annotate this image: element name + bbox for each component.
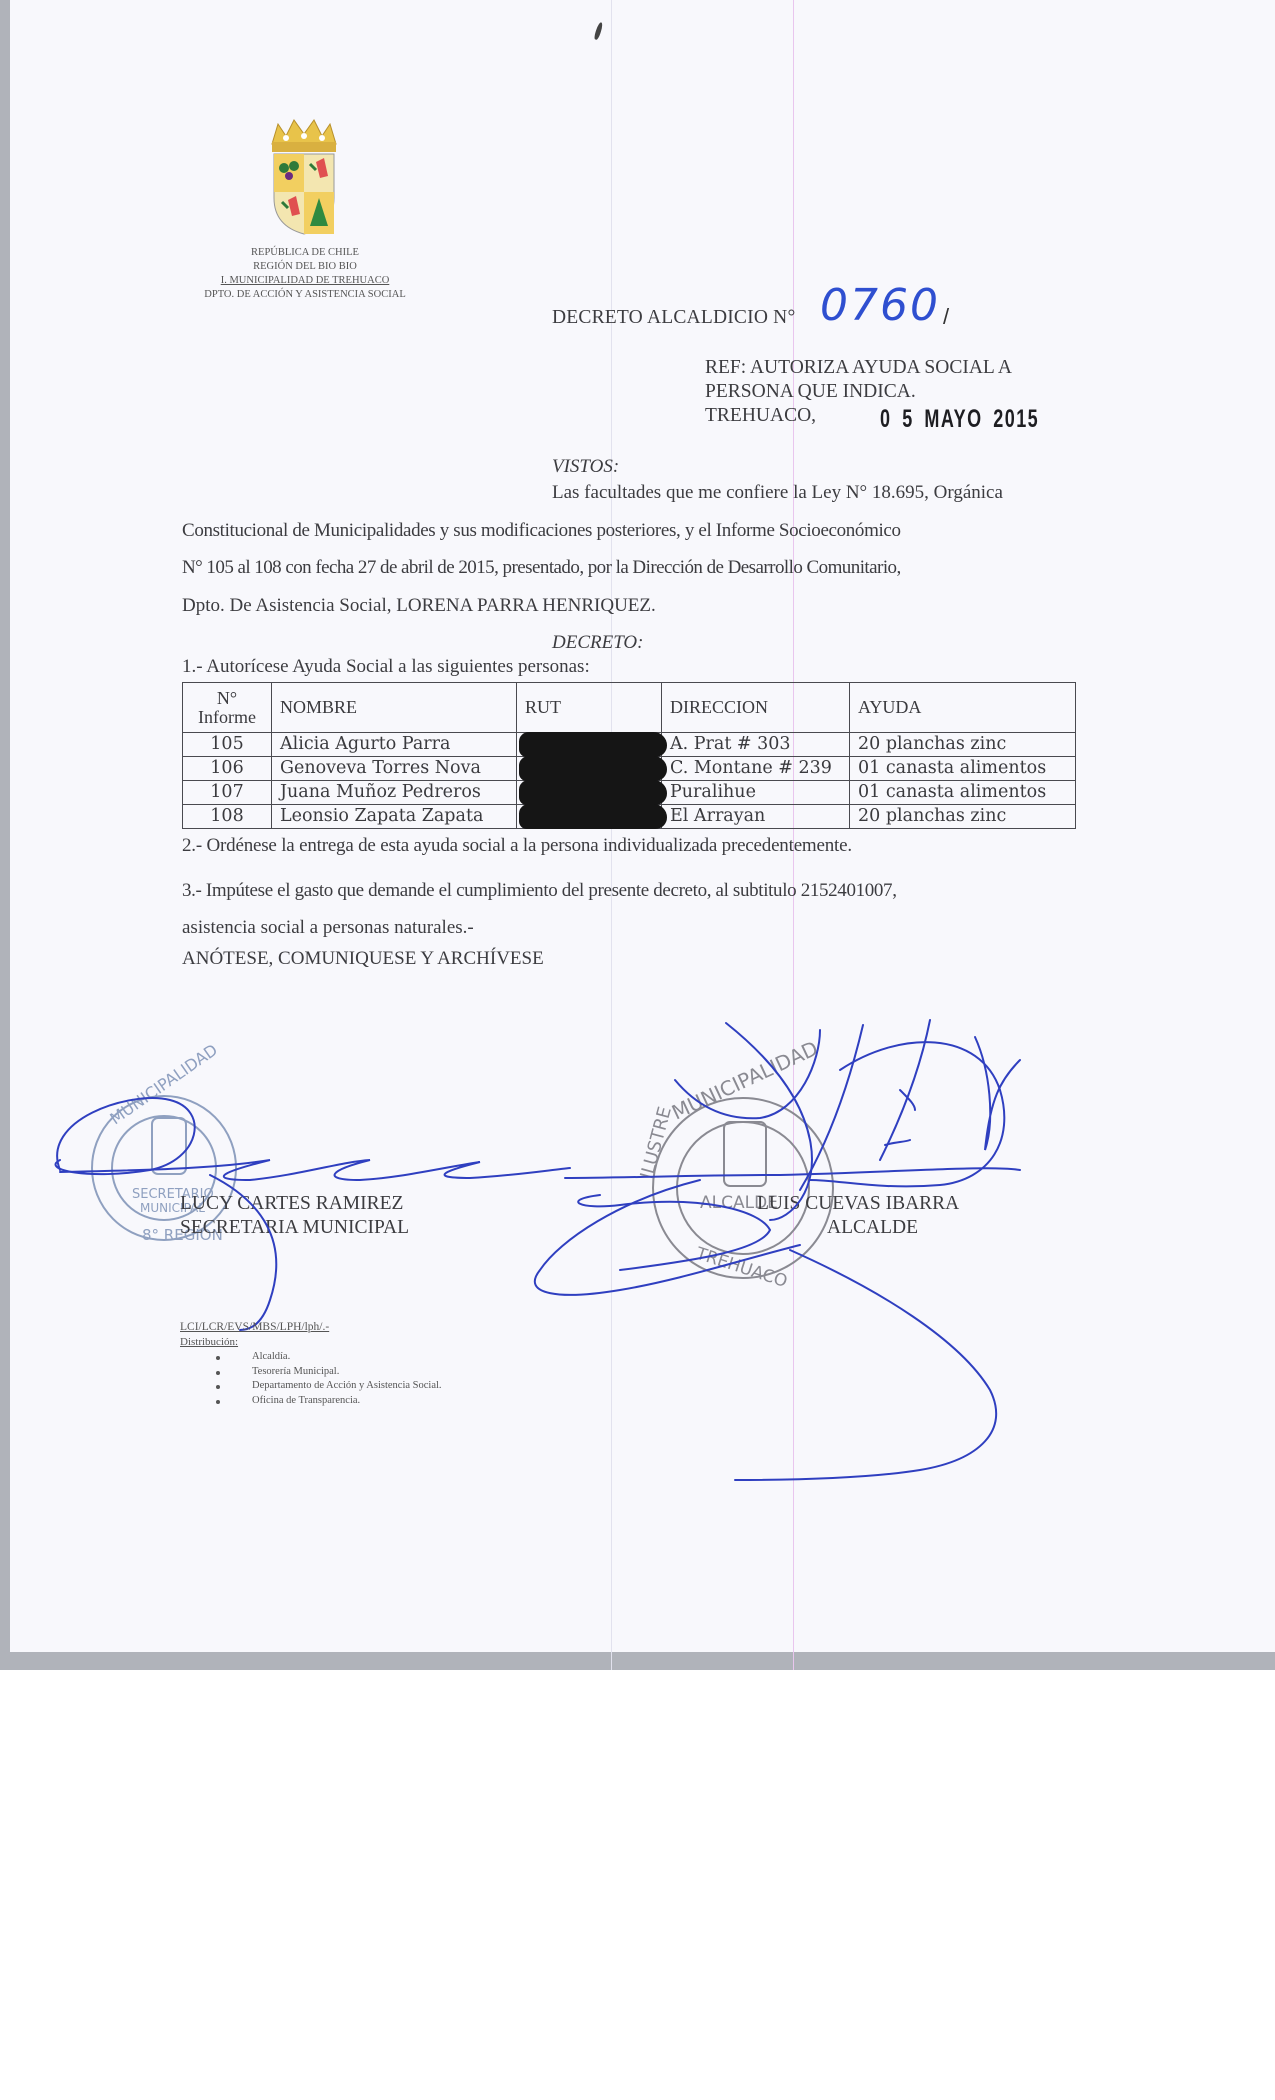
decree-title: DECRETO ALCALDICIO N° [552,307,795,329]
list-item: Tesorería Municipal. [252,1365,442,1380]
list-item: Departamento de Acción y Asistencia Soci… [252,1379,442,1394]
redaction-marker [519,780,667,805]
decreto-item-3-continued: asistencia social a personas naturales.- [182,917,474,939]
date-stamp: 0 5 MAYO 2015 [880,405,1039,434]
aid-recipients-table: N° Informe NOMBRE RUT DIRECCION AYUDA 10… [182,682,1076,829]
redaction-marker [519,804,667,829]
cell-rut-redacted [517,805,662,829]
column-header-ayuda: AYUDA [850,683,1076,733]
closing-formula: ANÓTESE, COMUNIQUESE Y ARCHÍVESE [182,948,544,970]
decreto-item-2: 2.- Ordénese la entrega de esta ayuda so… [182,835,852,857]
reference-line: PERSONA QUE INDICA. [705,380,1012,404]
table-row: 107 Juana Muñoz Pedreros Puralihue 01 ca… [183,781,1076,805]
column-header-nombre: NOMBRE [272,683,517,733]
cell-informe: 106 [183,757,272,781]
header-text: N° [185,689,269,708]
letterhead-municipality: I. MUNICIPALIDAD DE TREHUACO [150,274,460,288]
cell-informe: 107 [183,781,272,805]
letterhead-country: REPÚBLICA DE CHILE [150,246,460,260]
decreto-item-3: 3.- Impútese el gasto que demande el cum… [182,880,897,902]
decreto-item-1: 1.- Autorícese Ayuda Social a las siguie… [182,656,590,678]
vistos-paragraph-line: Constitucional de Municipalidades y sus … [182,520,901,542]
table-header-row: N° Informe NOMBRE RUT DIRECCION AYUDA [183,683,1076,733]
mayor-title: ALCALDE [757,1216,959,1240]
vistos-paragraph-line: Las facultades que me confiere la Ley N°… [552,482,1003,504]
table-row: 106 Genoveva Torres Nova C. Montane # 23… [183,757,1076,781]
cell-nombre: Genoveva Torres Nova [272,757,517,781]
cell-nombre: Alicia Agurto Parra [272,733,517,757]
letterhead-region: REGIÓN DEL BIO BIO [150,260,460,274]
column-header-direccion: DIRECCION [662,683,850,733]
redaction-marker [519,732,667,757]
table-row: 108 Leonsio Zapata Zapata El Arrayan 20 … [183,805,1076,829]
letterhead-department: DPTO. DE ACCIÓN Y ASISTENCIA SOCIAL [150,288,460,302]
handwritten-decree-number: 0760 [820,280,940,331]
cell-ayuda: 20 planchas zinc [850,805,1076,829]
cell-direccion: C. Montane # 239 [662,757,850,781]
letterhead: REPÚBLICA DE CHILE REGIÓN DEL BIO BIO I.… [150,246,460,302]
cell-rut-redacted [517,733,662,757]
distribution-block: LCI/LCR/EVS/MBS/LPH/lph/.- Distribución:… [180,1320,442,1408]
cell-rut-redacted [517,757,662,781]
mayor-name: LUIS CUEVAS IBARRA [757,1192,959,1216]
cell-informe: 108 [183,805,272,829]
secretary-signature-block: LUCY CARTES RAMIREZ SECRETARIA MUNICIPAL [180,1192,409,1240]
vistos-paragraph-line: N° 105 al 108 con fecha 27 de abril de 2… [182,557,901,579]
cell-rut-redacted [517,781,662,805]
cell-direccion: A. Prat # 303 [662,733,850,757]
decree-number-suffix: / [943,304,949,330]
secretary-name: LUCY CARTES RAMIREZ [180,1192,409,1216]
vistos-heading: VISTOS: [552,456,619,478]
cell-direccion: El Arrayan [662,805,850,829]
distribution-title: Distribución: [180,1335,442,1350]
table-row: 105 Alicia Agurto Parra A. Prat # 303 20… [183,733,1076,757]
cell-ayuda: 01 canasta alimentos [850,781,1076,805]
decreto-heading: DECRETO: [552,632,643,654]
vistos-paragraph-line: Dpto. De Asistencia Social, LORENA PARRA… [182,595,656,617]
redaction-marker [519,756,667,781]
column-header-rut: RUT [517,683,662,733]
cell-informe: 105 [183,733,272,757]
cell-ayuda: 20 planchas zinc [850,733,1076,757]
mayor-signature-block: LUIS CUEVAS IBARRA ALCALDE [757,1192,959,1240]
typist-initials: LCI/LCR/EVS/MBS/LPH/lph/.- [180,1320,442,1335]
list-item: Oficina de Transparencia. [252,1394,442,1409]
cell-nombre: Leonsio Zapata Zapata [272,805,517,829]
cell-nombre: Juana Muñoz Pedreros [272,781,517,805]
distribution-list: Alcaldía. Tesorería Municipal. Departame… [180,1350,442,1408]
reference-line: REF: AUTORIZA AYUDA SOCIAL A [705,356,1012,380]
secretary-title: SECRETARIA MUNICIPAL [180,1216,409,1240]
list-item: Alcaldía. [252,1350,442,1365]
column-header-informe: N° Informe [183,683,272,733]
municipal-coat-of-arms-icon [266,118,342,238]
cell-direccion: Puralihue [662,781,850,805]
header-text: Informe [185,708,269,727]
cell-ayuda: 01 canasta alimentos [850,757,1076,781]
